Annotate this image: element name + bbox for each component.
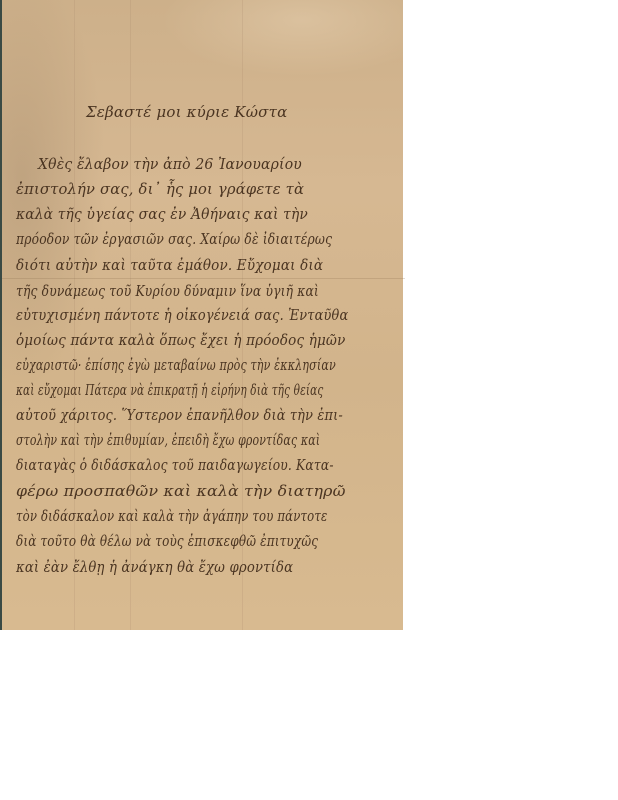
letter-line: εὐτυχισμένη πάντοτε ἡ οἰκογένειά σας. Ἐν…	[16, 306, 348, 324]
letter-line: διότι αὐτὴν καὶ ταῦτα ἐμάθον. Εὔχομαι δι…	[16, 256, 323, 274]
letter-line: διαταγὰς ὁ διδάσκαλος τοῦ παιδαγωγείου. …	[16, 456, 334, 474]
paper-fold	[2, 278, 405, 279]
letter-line: αὐτοῦ χάριτος. Ὕστερον ἐπανῆλθον διὰ τὴν…	[16, 406, 343, 424]
letter-line: καλὰ τῆς ὑγείας σας ἐν Ἀθήναις καὶ τὴν	[16, 205, 308, 223]
letter-line: τῆς δυνάμεως τοῦ Κυρίου δύναμιν ἵνα ὑγιῆ…	[16, 282, 319, 300]
letter-line: καὶ εὔχομαι Πάτερα νὰ ἐπικρατῇ ἡ εἰρήνη …	[16, 381, 323, 399]
letter-line: ὁμοίως πάντα καλὰ ὅπως ἔχει ἡ πρόοδος ἡμ…	[16, 331, 345, 349]
letter-salutation: Σεβαστέ μοι κύριε Κώστα	[86, 103, 287, 121]
letter-line: φέρω προσπαθῶν καὶ καλὰ τὴν διατηρῶ	[16, 482, 346, 500]
letter-line: στολὴν καὶ τὴν ἐπιθυμίαν, ἐπειδὴ ἔχω φρο…	[16, 431, 320, 449]
letter-line: τὸν διδάσκαλον καὶ καλὰ τὴν ἀγάπην του π…	[16, 507, 327, 525]
letter-line: Χθὲς ἔλαβον τὴν ἀπὸ 26 Ἰανουαρίου	[38, 155, 302, 173]
letter-line: εὐχαριστῶ· ἐπίσης ἐγὼ μεταβαίνω πρὸς τὴν…	[16, 356, 336, 374]
letter-line: πρόοδον τῶν ἐργασιῶν σας. Χαίρω δὲ ἰδιαι…	[16, 230, 332, 248]
letter-paper: Σεβαστέ μοι κύριε Κώστα Χθὲς ἔλαβον τὴν …	[0, 0, 403, 630]
letter-line: ἐπιστολήν σας, δι᾽ ἧς μοι γράφετε τὰ	[16, 180, 304, 198]
letter-line: καὶ ἐὰν ἔλθῃ ἡ ἀνάγκη θὰ ἔχω φροντίδα	[16, 558, 293, 576]
letter-line: διὰ τοῦτο θὰ θέλω νὰ τοὺς ἐπισκεφθῶ ἐπιτ…	[16, 532, 318, 550]
